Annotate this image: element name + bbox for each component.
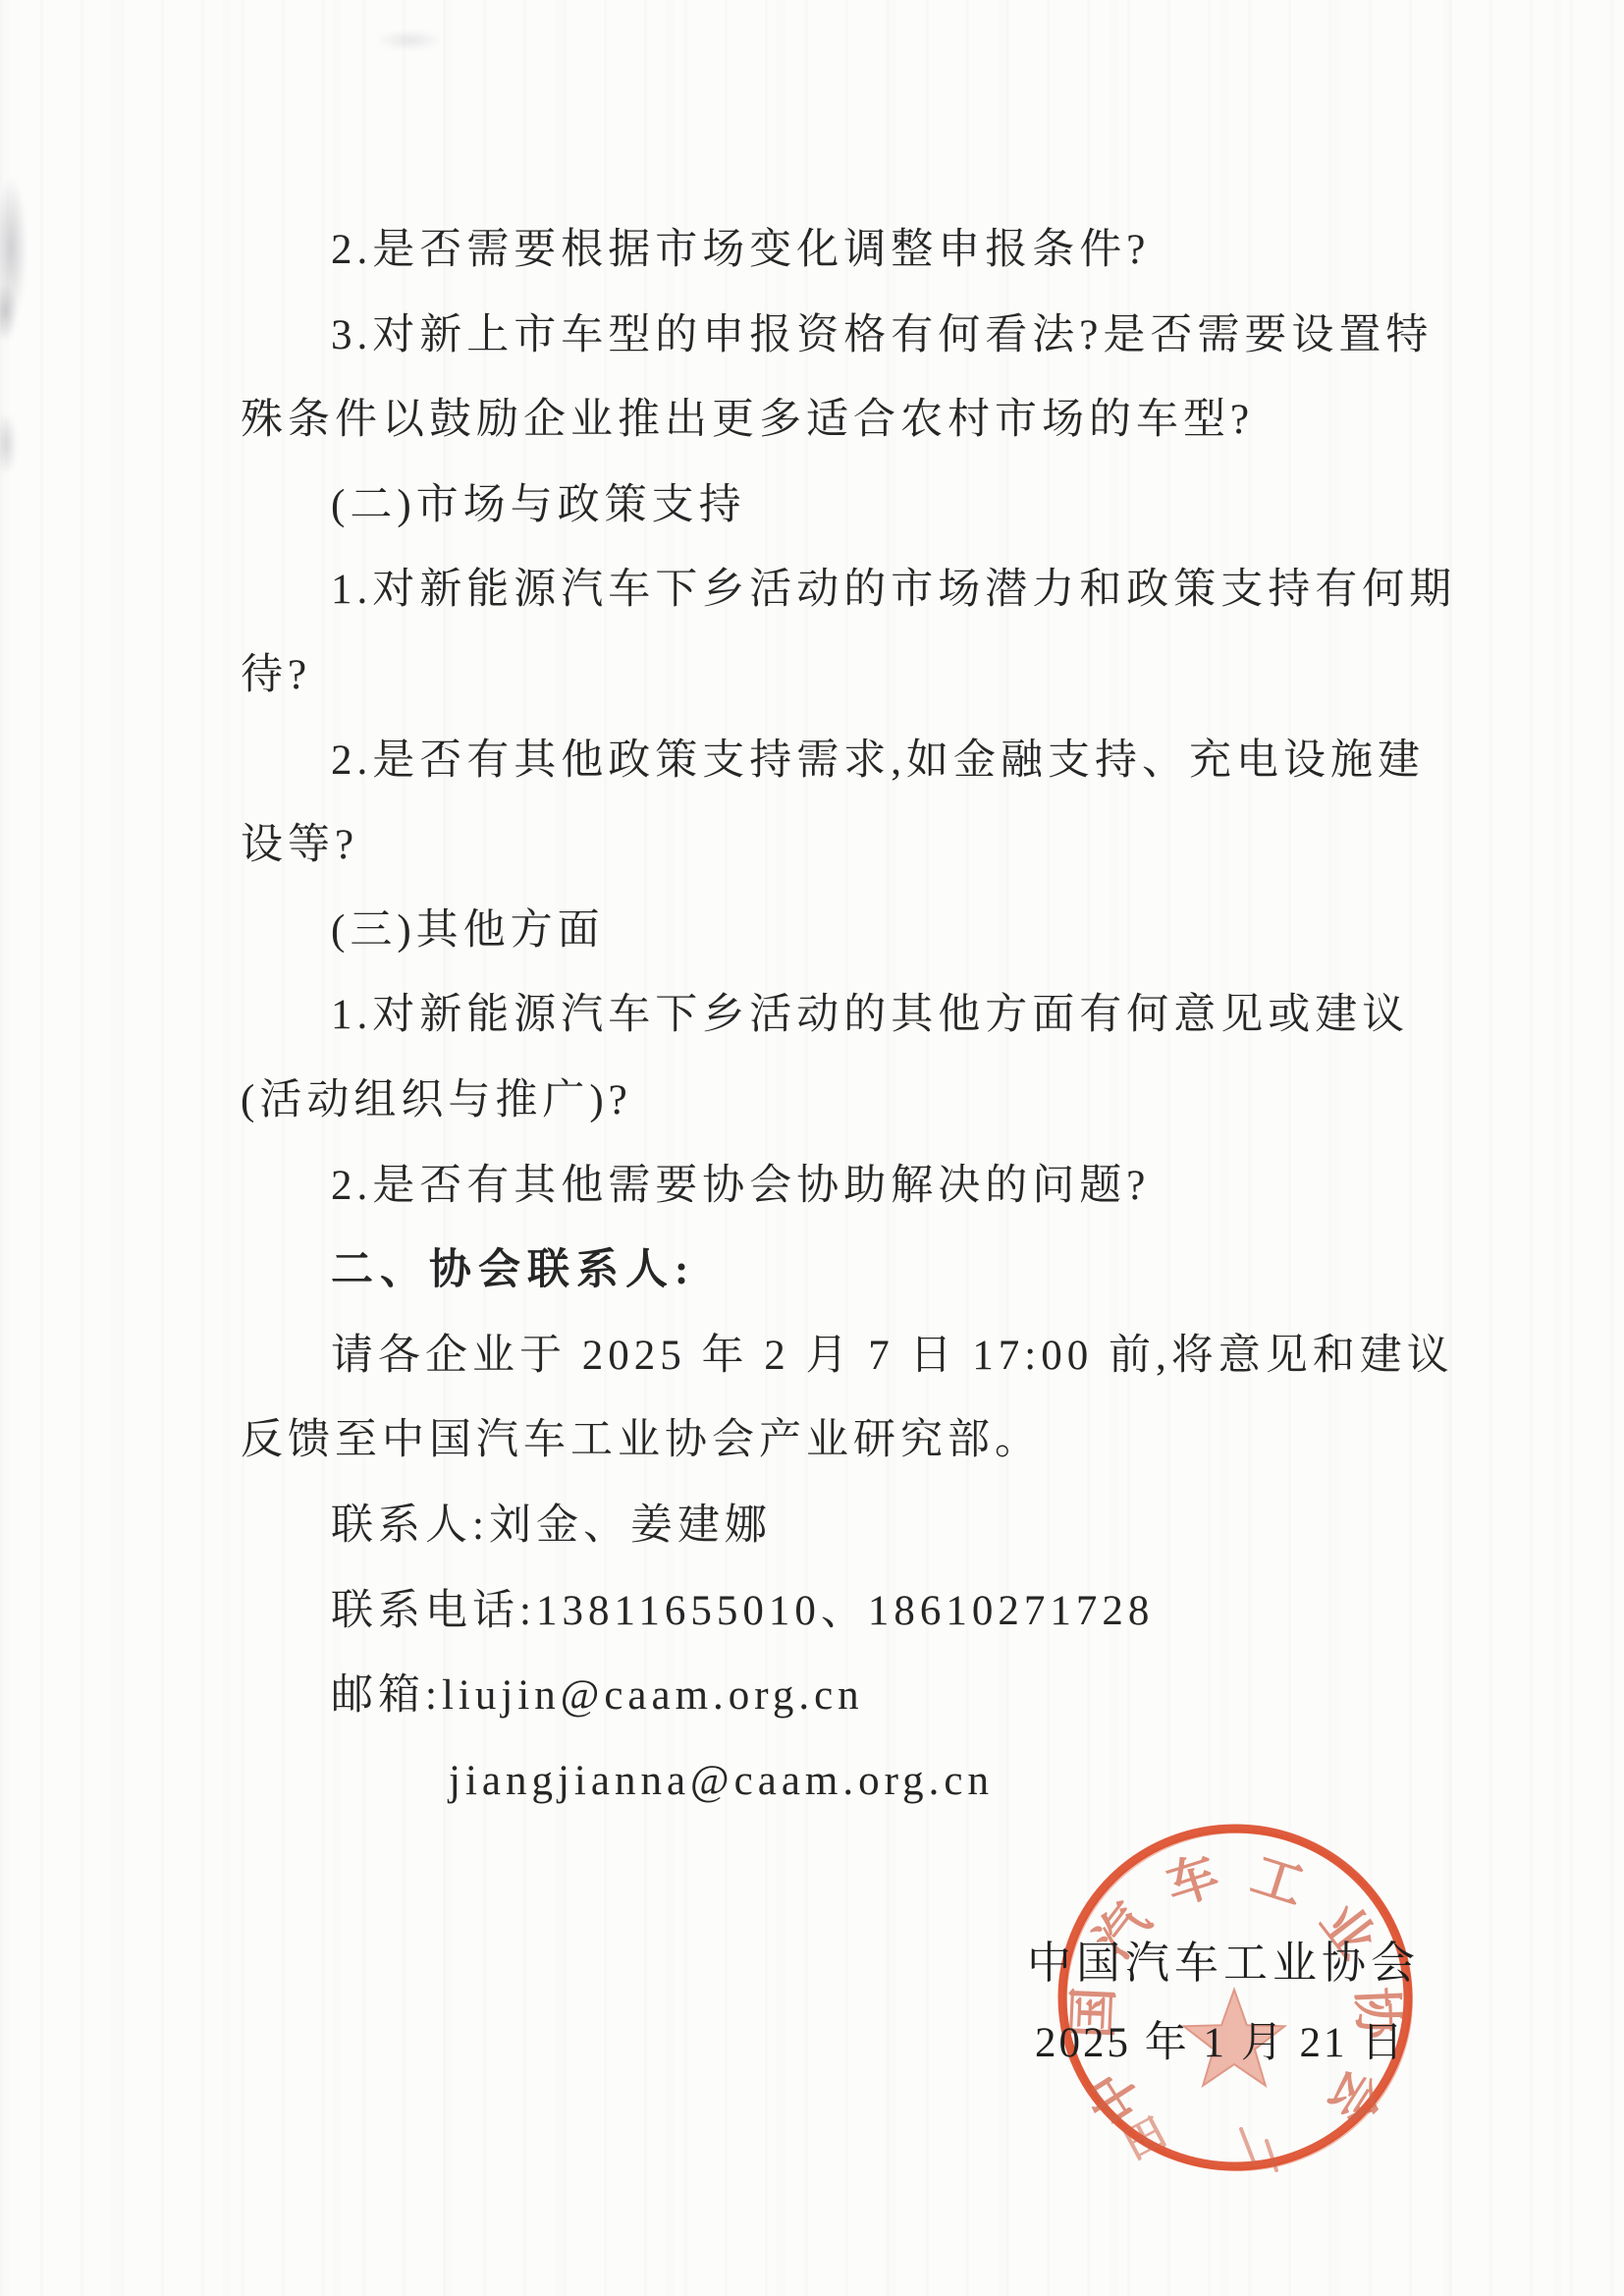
text-line: (活动组织与推广)? xyxy=(241,1059,1414,1144)
text-line: 反馈至中国汽车工业协会产业研究部。 xyxy=(241,1398,1414,1484)
signature-org: 中国汽车工业协会 xyxy=(1027,1927,1420,1991)
text-line: (二)市场与政策支持 xyxy=(241,464,1414,549)
text-line: 二、协会联系人: xyxy=(241,1229,1414,1314)
scan-smudge xyxy=(375,29,444,51)
text-line: 联系人:刘金、姜建娜 xyxy=(241,1484,1414,1569)
text-line: 1.对新能源汽车下乡活动的市场潜力和政策支持有何期 xyxy=(241,548,1414,633)
text-line: 待? xyxy=(241,633,1414,719)
text-line: 请各企业于 2025 年 2 月 7 日 17:00 前,将意见和建议 xyxy=(241,1314,1414,1399)
document-body: 2.是否需要根据市场变化调整申报条件?3.对新上市车型的申报资格有何看法?是否需… xyxy=(241,208,1414,1824)
text-line: 联系电话:13811655010、18610271728 xyxy=(241,1569,1414,1655)
text-line: 殊条件以鼓励企业推出更多适合农村市场的车型? xyxy=(241,378,1414,464)
text-line: 设等? xyxy=(241,803,1414,889)
scan-smudge xyxy=(0,283,18,342)
seal-arc-char: 车 xyxy=(1160,1846,1225,1916)
signature-date: 2025 年 1 月 21 日 xyxy=(1035,2009,1406,2069)
text-line: 邮箱:liujin@caam.org.cn xyxy=(241,1654,1414,1739)
seal-arc-char: 工 xyxy=(1245,1847,1311,1916)
text-line: 1.对新能源汽车下乡活动的其他方面有何意见或建议 xyxy=(241,973,1414,1059)
scan-smudge xyxy=(0,175,27,322)
text-line: 3.对新上市车型的申报资格有何看法?是否需要设置特 xyxy=(241,294,1414,379)
scan-smudge xyxy=(0,412,18,475)
text-line: jiangjianna@caam.org.cn xyxy=(241,1739,1414,1825)
official-seal: 田 中国汽车工业协会 xyxy=(1043,1815,1426,2188)
text-line: (三)其他方面 xyxy=(241,889,1414,974)
text-line: 2.是否有其他需要协会协助解决的问题? xyxy=(241,1144,1414,1230)
seal-arc-char: 会 xyxy=(1317,2059,1392,2133)
scanned-document-page: 2.是否需要根据市场变化调整申报条件?3.对新上市车型的申报资格有何看法?是否需… xyxy=(0,0,1624,2296)
text-line: 2.是否有其他政策支持需求,如金融支持、充电设施建 xyxy=(241,719,1414,804)
seal-ink-mark xyxy=(1241,2129,1255,2164)
text-line: 2.是否需要根据市场变化调整申报条件? xyxy=(241,208,1414,294)
